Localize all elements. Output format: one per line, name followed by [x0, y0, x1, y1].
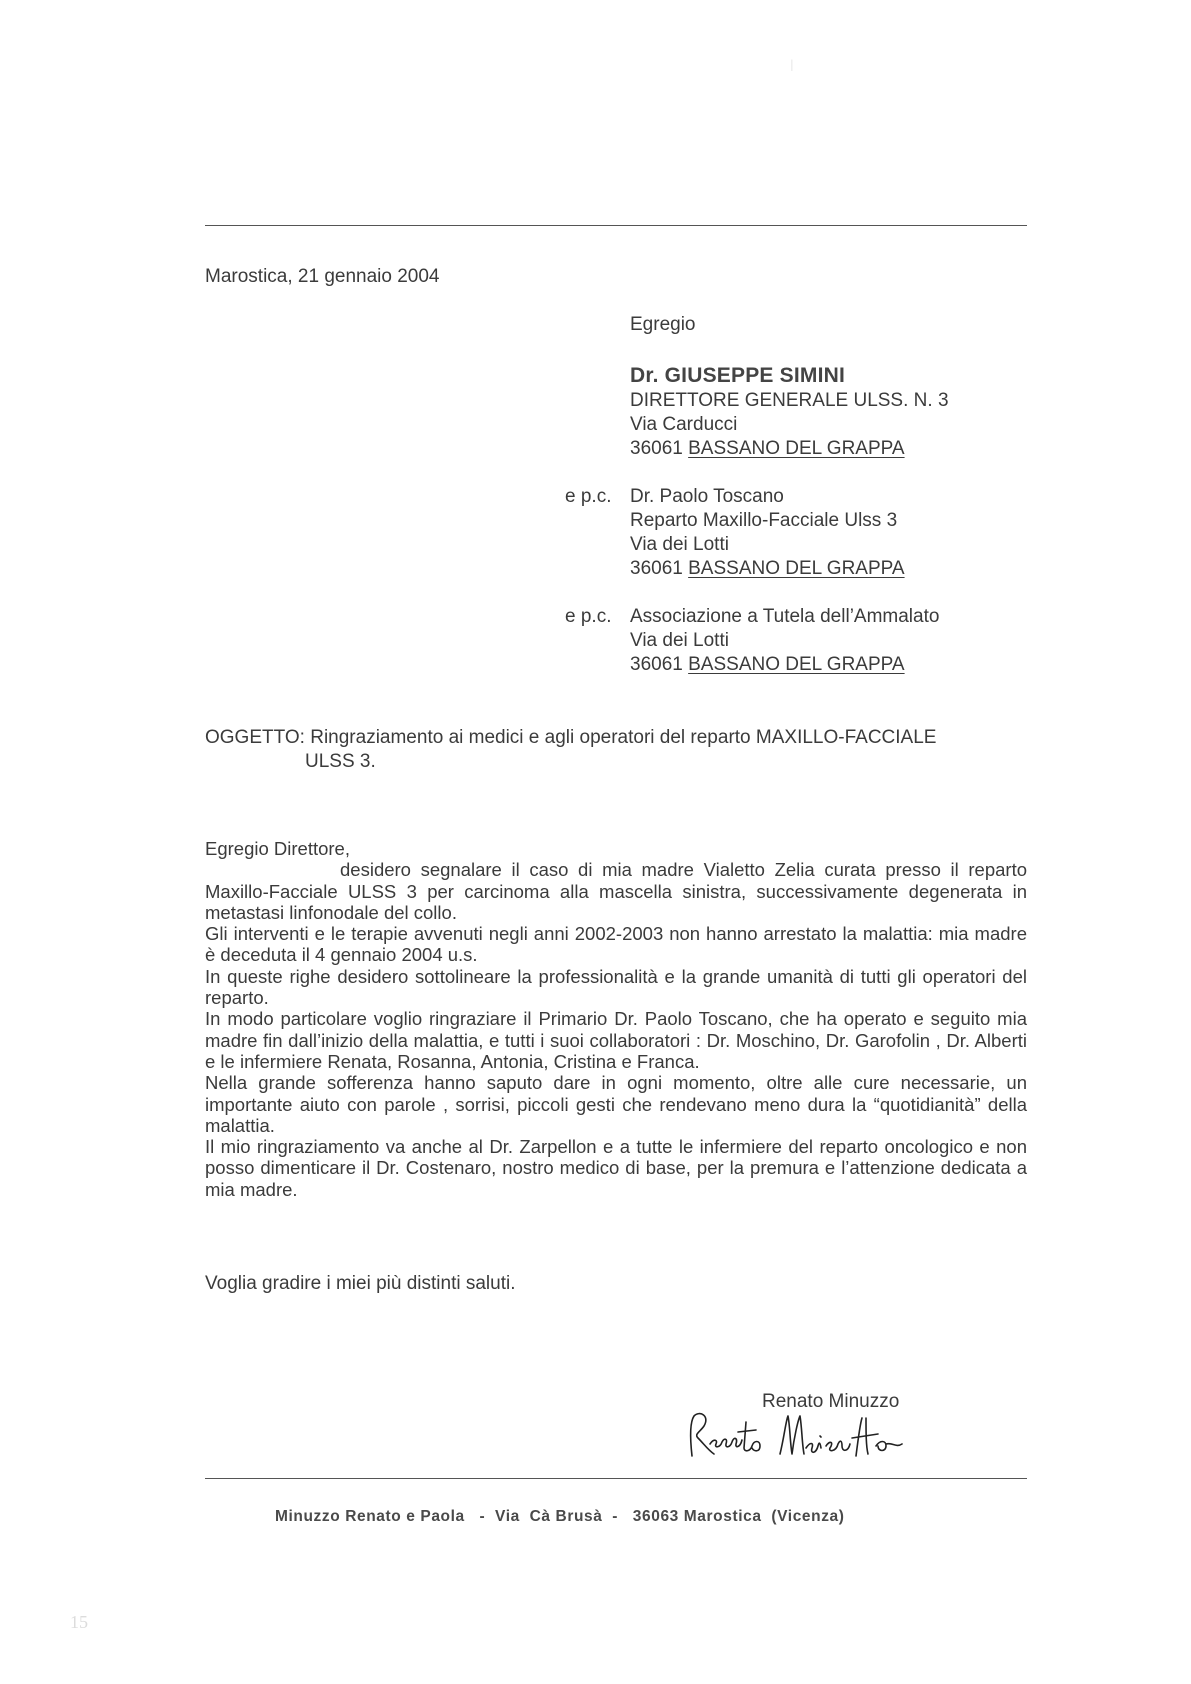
- letter-body: Egregio Direttore, desidero segnalare il…: [205, 838, 1027, 1200]
- cc-postcode: 36061: [630, 654, 683, 675]
- cc-name: Associazione a Tutela dell’Ammalato: [630, 605, 939, 629]
- cc-city: BASSANO DEL GRAPPA: [688, 558, 904, 579]
- cc-street: Via dei Lotti: [630, 629, 939, 653]
- body-paragraph: Nella grande sofferenza hanno saputo dar…: [205, 1072, 1027, 1136]
- subject-line-1: Ringraziamento ai medici e agli operator…: [310, 727, 936, 748]
- cc-block-1: Dr. Paolo Toscano Reparto Maxillo-Faccia…: [630, 485, 905, 581]
- letterhead-footer: Minuzzo Renato e Paola - Via Cà Brusà - …: [275, 1508, 845, 1526]
- recipient-salutation: Egregio: [630, 313, 949, 337]
- recipient-block: Egregio Dr. GIUSEPPE SIMINI DIRETTORE GE…: [630, 313, 949, 461]
- cc-address: 36061 BASSANO DEL GRAPPA: [630, 653, 939, 677]
- body-paragraph: In modo particolare voglio ringraziare i…: [205, 1008, 1027, 1072]
- closing-line: Voglia gradire i miei più distinti salut…: [205, 1272, 516, 1296]
- scan-artifact: l: [790, 58, 794, 76]
- subject-line-2: ULSS 3.: [205, 750, 936, 774]
- body-salutation: Egregio Direttore,: [205, 838, 1027, 859]
- recipient-city: BASSANO DEL GRAPPA: [688, 438, 904, 459]
- recipient-name: Dr. GIUSEPPE SIMINI: [630, 364, 949, 388]
- recipient-title: DIRETTORE GENERALE ULSS. N. 3: [630, 389, 949, 413]
- cc-address: 36061 BASSANO DEL GRAPPA: [630, 557, 905, 581]
- top-divider: [205, 225, 1027, 226]
- recipient-postcode: 36061: [630, 438, 683, 459]
- body-paragraph: Il mio ringraziamento va anche al Dr. Za…: [205, 1136, 1027, 1200]
- body-paragraph: Gli interventi e le terapie avvenuti neg…: [205, 923, 1027, 966]
- cc-postcode: 36061: [630, 558, 683, 579]
- place-date: Marostica, 21 gennaio 2004: [205, 265, 440, 289]
- body-paragraph: In queste righe desidero sottolineare la…: [205, 966, 1027, 1009]
- cc-block-2: Associazione a Tutela dell’Ammalato Via …: [630, 605, 939, 677]
- body-paragraph: desidero segnalare il caso di mia madre …: [205, 859, 1027, 923]
- cc-name: Dr. Paolo Toscano: [630, 485, 905, 509]
- cc-department: Reparto Maxillo-Facciale Ulss 3: [630, 509, 905, 533]
- cc-city: BASSANO DEL GRAPPA: [688, 654, 904, 675]
- subject-label: OGGETTO:: [205, 727, 305, 748]
- subject-block: OGGETTO: Ringraziamento ai medici e agli…: [205, 726, 936, 774]
- cc-label-1: e p.c.: [565, 485, 611, 509]
- cc-street: Via dei Lotti: [630, 533, 905, 557]
- cc-label-2: e p.c.: [565, 605, 611, 629]
- recipient-street: Via Carducci: [630, 413, 949, 437]
- recipient-address: 36061 BASSANO DEL GRAPPA: [630, 437, 949, 461]
- page-number: 15: [70, 1612, 88, 1633]
- bottom-divider: [205, 1478, 1027, 1479]
- handwritten-signature: [680, 1408, 930, 1468]
